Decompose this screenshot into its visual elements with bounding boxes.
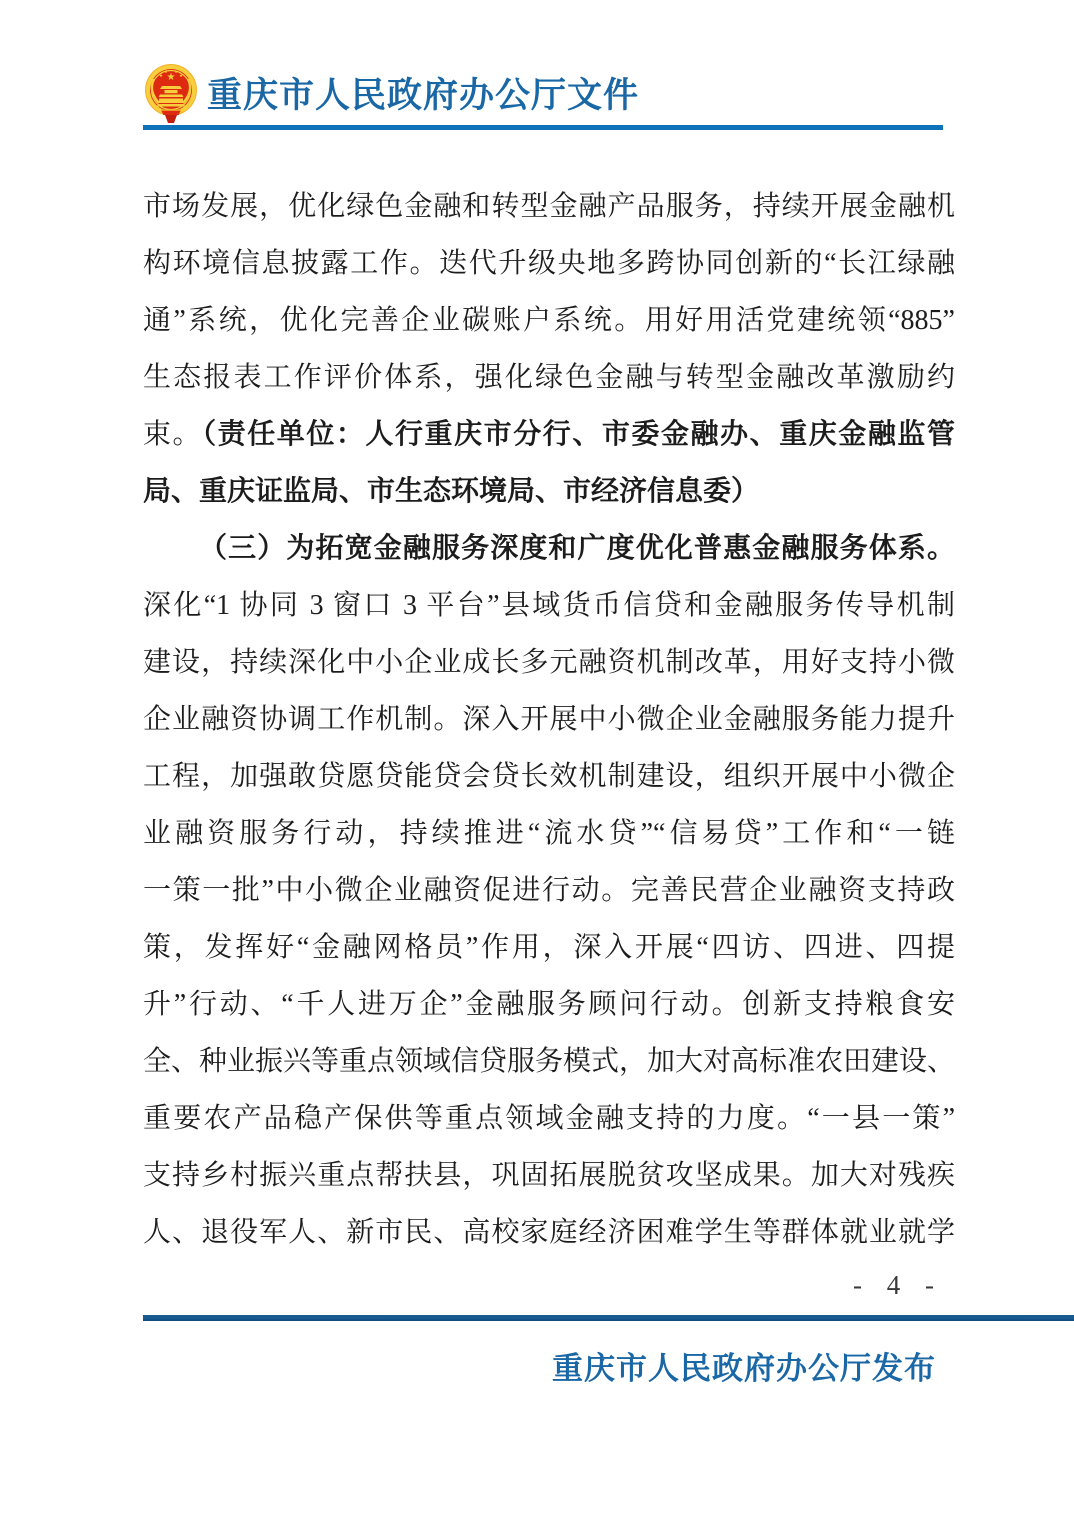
body-line: 构环境信息披露工作。迭代升级央地多跨协同创新的“长江绿融 — [143, 235, 955, 292]
body-line: 业融资服务行动，持续推进“流水贷”“信易贷”工作和“一链 — [143, 805, 955, 862]
section-heading-line: （三）为拓宽金融服务深度和广度优化普惠金融服务体系。 — [143, 520, 955, 577]
body-line: 局、重庆证监局、市生态环境局、市经济信息委） — [143, 463, 955, 520]
body-line-text: 策，发挥好“金融网格员”作用，深入开展“四访、四进、四提 — [143, 932, 955, 963]
body-line: 策，发挥好“金融网格员”作用，深入开展“四访、四进、四提 — [143, 919, 955, 976]
document-body: 市场发展，优化绿色金融和转型金融产品服务，持续开展金融机 构环境信息披露工作。迭… — [143, 178, 955, 1261]
body-line-text: 生态报表工作评价体系，强化绿色金融与转型金融改革激励约 — [143, 362, 955, 393]
body-line: 深化“1 协同 3 窗口 3 平台”县域货币信贷和金融服务传导机制 — [143, 577, 955, 634]
responsible-unit-text: 局、重庆证监局、市生态环境局、市经济信息委） — [143, 476, 759, 507]
svg-text:★: ★ — [164, 69, 168, 75]
section-heading-text: （三）为拓宽金融服务深度和广度优化普惠金融服务体系。 — [199, 533, 955, 564]
header-row: ★ ★ ★ ★ ★ 重庆市人民政府办公厅文件 — [143, 62, 1074, 124]
body-line: 生态报表工作评价体系，强化绿色金融与转型金融改革激励约 — [143, 349, 955, 406]
body-line: 重要农产品稳产保供等重点领域金融支持的力度。“一县一策” — [143, 1090, 955, 1147]
body-line: 企业融资协调工作机制。深入开展中小微企业金融服务能力提升 — [143, 691, 955, 748]
header-title: 重庆市人民政府办公厅文件 — [207, 68, 639, 118]
document-page: ★ ★ ★ ★ ★ 重庆市人民政府办公厅文件 市场发展，优化绿色金融和转型金融产… — [0, 0, 1074, 1520]
body-line: 全、种业振兴等重点领域信贷服务模式，加大对高标准农田建设、 — [143, 1033, 955, 1090]
body-line: 一策一批”中小微企业融资促进行动。完善民营企业融资支持政 — [143, 862, 955, 919]
document-footer: 重庆市人民政府办公厅发布 — [0, 1315, 1074, 1388]
body-line-text: 支持乡村振兴重点帮扶县，巩固拓展脱贫攻坚成果。加大对残疾 — [143, 1160, 955, 1191]
responsible-unit-text: （责任单位：人行重庆市分行、市委金融办、重庆金融监管 — [202, 419, 955, 450]
body-line-text: 工程，加强敢贷愿贷能贷会贷长效机制建设，组织开展中小微企 — [143, 761, 955, 792]
svg-text:★: ★ — [179, 73, 183, 79]
body-line-text: 全、种业振兴等重点领域信贷服务模式，加大对高标准农田建设、 — [143, 1046, 955, 1077]
svg-text:★: ★ — [174, 69, 178, 75]
body-line: 通”系统，优化完善企业碳账户系统。用好用活党建统领“885” — [143, 292, 955, 349]
body-line-text: 束。 — [143, 419, 202, 450]
body-line-text: 深化“1 协同 3 窗口 3 平台”县域货币信贷和金融服务传导机制 — [143, 590, 955, 621]
footer-rule — [143, 1315, 1074, 1321]
body-line: 升”行动、“千人进万企”金融服务顾问行动。创新支持粮食安 — [143, 976, 955, 1033]
body-line-text: 重要农产品稳产保供等重点领域金融支持的力度。“一县一策” — [143, 1103, 955, 1134]
publisher-label: 重庆市人民政府办公厅发布 — [0, 1343, 1074, 1388]
body-line: 建设，持续深化中小企业成长多元融资机制改革，用好支持小微 — [143, 634, 955, 691]
body-line-text: 人、退役军人、新市民、高校家庭经济困难学生等群体就业就学 — [143, 1217, 955, 1248]
body-line-text: 市场发展，优化绿色金融和转型金融产品服务，持续开展金融机 — [143, 191, 955, 222]
body-line-text: 企业融资协调工作机制。深入开展中小微企业金融服务能力提升 — [143, 704, 955, 735]
document-header: ★ ★ ★ ★ ★ 重庆市人民政府办公厅文件 — [0, 0, 1074, 130]
body-line-text: 建设，持续深化中小企业成长多元融资机制改革，用好支持小微 — [143, 647, 955, 678]
page-number: - 4 - — [0, 1269, 943, 1301]
body-line-text: 一策一批”中小微企业融资促进行动。完善民营企业融资支持政 — [143, 875, 955, 906]
header-rule — [143, 125, 943, 130]
svg-text:★: ★ — [159, 73, 163, 79]
national-emblem-icon: ★ ★ ★ ★ ★ — [143, 63, 199, 125]
body-line-text: 构环境信息披露工作。迭代升级央地多跨协同创新的“长江绿融 — [143, 248, 955, 279]
body-line: 工程，加强敢贷愿贷能贷会贷长效机制建设，组织开展中小微企 — [143, 748, 955, 805]
body-line: 市场发展，优化绿色金融和转型金融产品服务，持续开展金融机 — [143, 178, 955, 235]
body-line: 支持乡村振兴重点帮扶县，巩固拓展脱贫攻坚成果。加大对残疾 — [143, 1147, 955, 1204]
body-line-text: 业融资服务行动，持续推进“流水贷”“信易贷”工作和“一链 — [143, 818, 955, 849]
body-line-text: 通”系统，优化完善企业碳账户系统。用好用活党建统领“885” — [143, 305, 955, 336]
body-line-text: 升”行动、“千人进万企”金融服务顾问行动。创新支持粮食安 — [143, 989, 955, 1020]
body-line: 人、退役军人、新市民、高校家庭经济困难学生等群体就业就学 — [143, 1204, 955, 1261]
body-line: 束。（责任单位：人行重庆市分行、市委金融办、重庆金融监管 — [143, 406, 955, 463]
